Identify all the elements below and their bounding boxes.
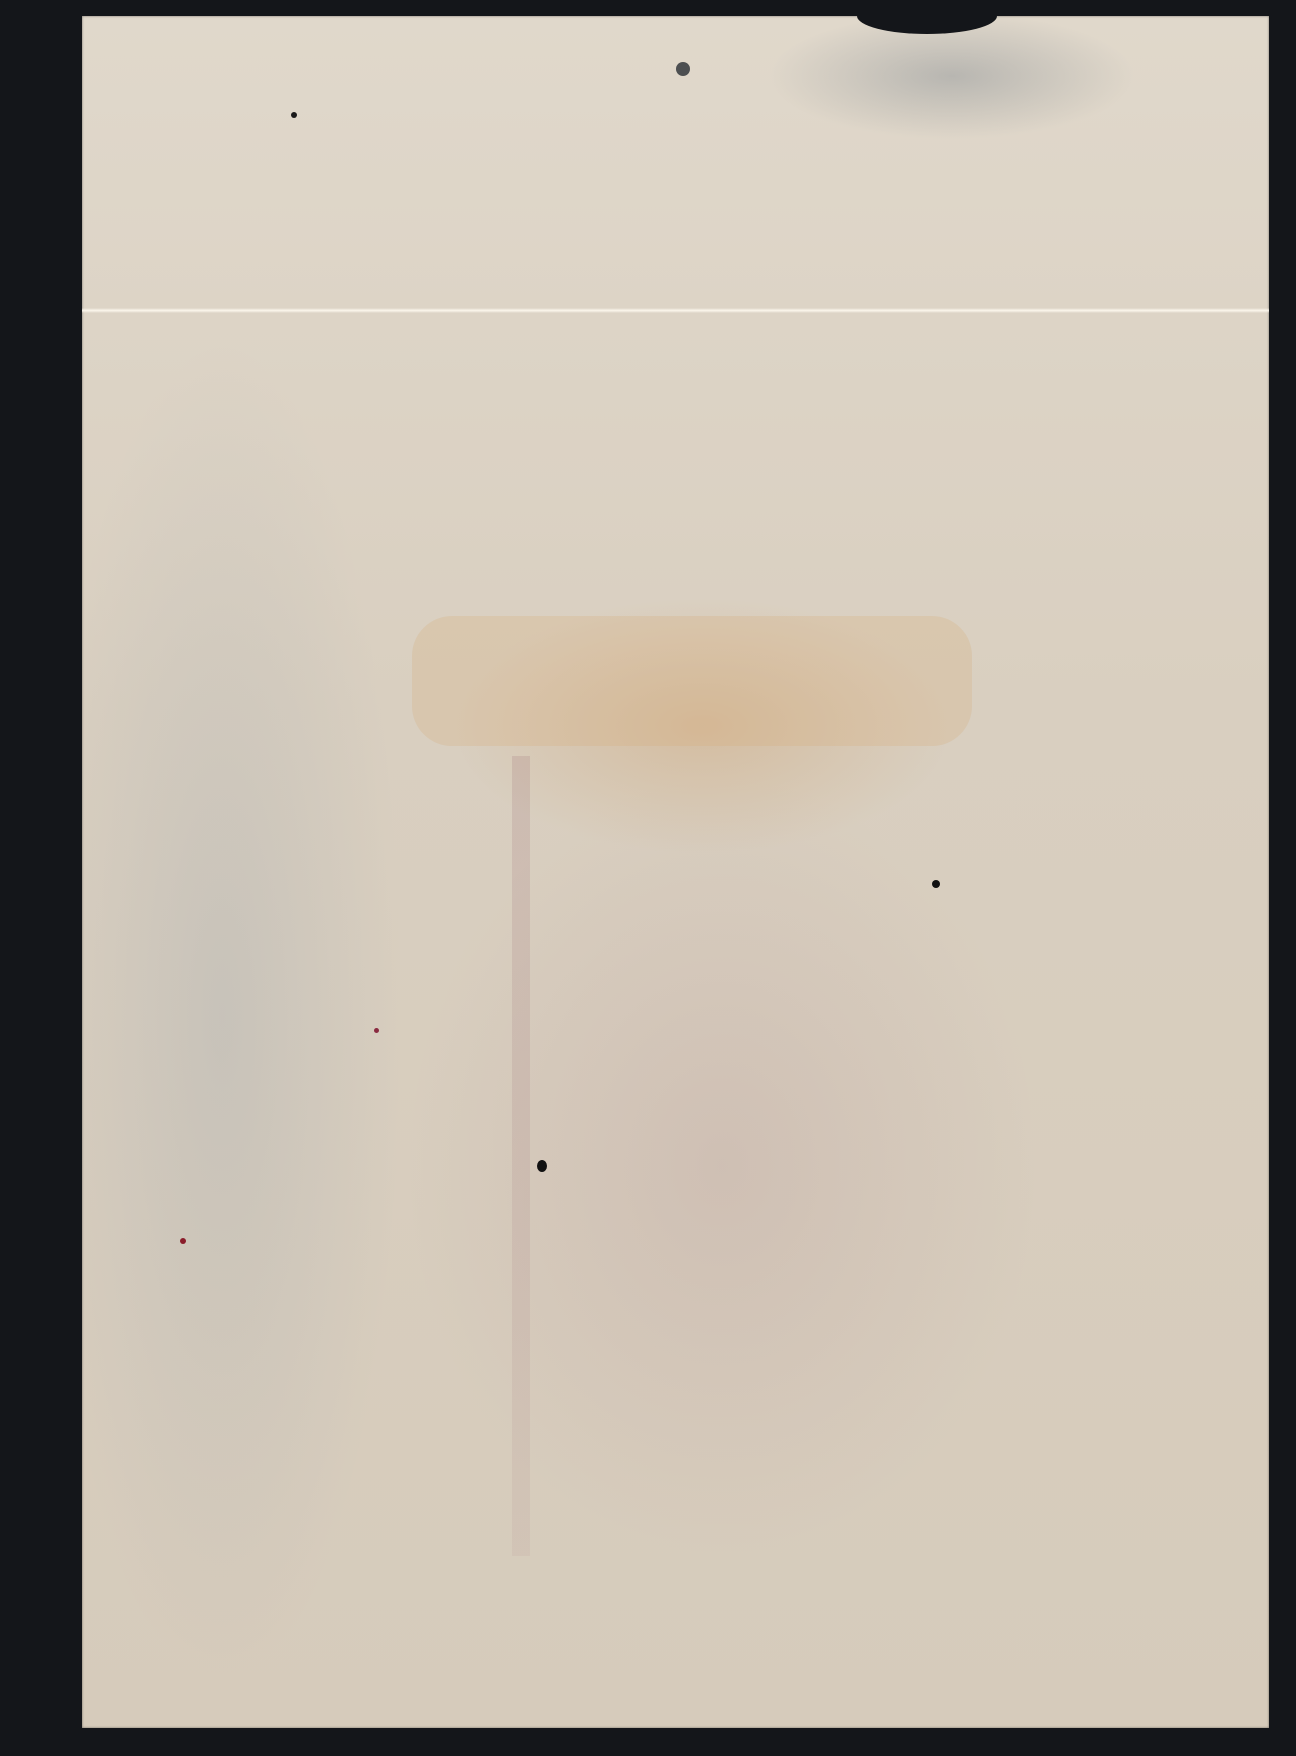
speck [374,1028,379,1033]
torn-edge [857,16,997,34]
paper-sheet [82,16,1269,1728]
speck [291,112,297,118]
speck [676,62,690,76]
show-through-frame [412,616,972,746]
show-through-line [512,756,530,1556]
speck [180,1238,186,1244]
speck [537,1160,547,1172]
speck [932,880,940,888]
fold-line [82,308,1269,313]
